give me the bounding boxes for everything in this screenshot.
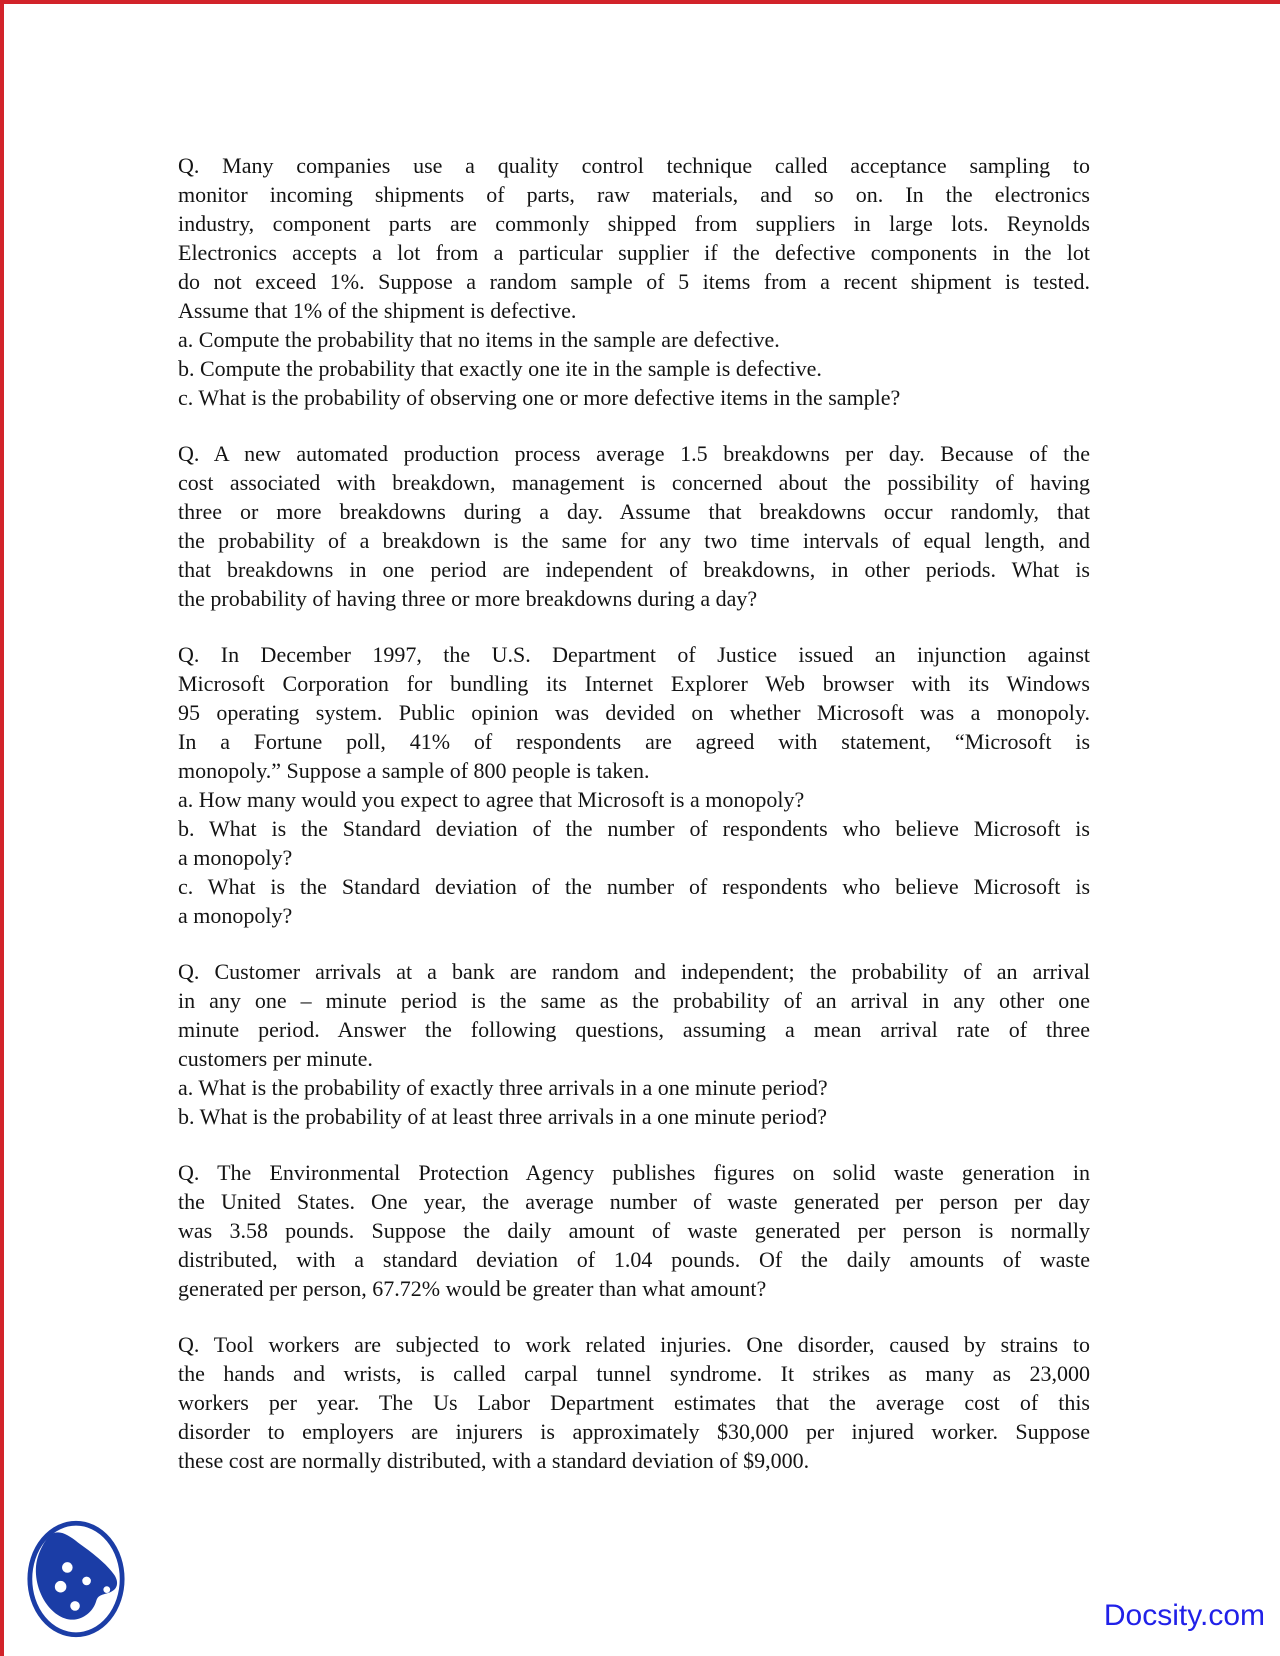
text-line: cost associated with breakdown, manageme… (178, 468, 1090, 497)
question-paragraph: Q. Many companies use a quality control … (178, 151, 1090, 412)
docsity-brand-link[interactable]: Docsity.com (1104, 1598, 1265, 1634)
text-line: that breakdowns in one period are indepe… (178, 555, 1090, 584)
question-paragraph: Q. Customer arrivals at a bank are rando… (178, 957, 1090, 1131)
text-line: industry, component parts are commonly s… (178, 209, 1090, 238)
text-line: a monopoly? (178, 901, 1090, 930)
text-line: the probability of having three or more … (178, 584, 1090, 613)
page-border-top (0, 0, 1280, 4)
text-line: do not exceed 1%. Suppose a random sampl… (178, 267, 1090, 296)
text-line: customers per minute. (178, 1044, 1090, 1073)
text-line: the United States. One year, the average… (178, 1187, 1090, 1216)
text-line: distributed, with a standard deviation o… (178, 1245, 1090, 1274)
text-line: 95 operating system. Public opinion was … (178, 698, 1090, 727)
text-line: Electronics accepts a lot from a particu… (178, 238, 1090, 267)
docsity-brand-text: Docsity.com (1104, 1599, 1265, 1632)
docsity-globe-logo-icon (26, 1518, 126, 1640)
text-line: was 3.58 pounds. Suppose the daily amoun… (178, 1216, 1090, 1245)
page-border-left (0, 0, 4, 1656)
text-line: disorder to employers are injurers is ap… (178, 1417, 1090, 1446)
text-line: b. What is the Standard deviation of the… (178, 814, 1090, 843)
text-line: a monopoly? (178, 843, 1090, 872)
text-line: monopoly.” Suppose a sample of 800 peopl… (178, 756, 1090, 785)
text-line: in any one – minute period is the same a… (178, 986, 1090, 1015)
text-line: Q. A new automated production process av… (178, 439, 1090, 468)
text-line: Q. Customer arrivals at a bank are rando… (178, 957, 1090, 986)
text-line: a. What is the probability of exactly th… (178, 1073, 1090, 1102)
text-line: three or more breakdowns during a day. A… (178, 497, 1090, 526)
text-line: Q. Many companies use a quality control … (178, 151, 1090, 180)
question-paragraph: Q. A new automated production process av… (178, 439, 1090, 613)
text-line: minute period. Answer the following ques… (178, 1015, 1090, 1044)
text-line: b. Compute the probability that exactly … (178, 354, 1090, 383)
text-line: the hands and wrists, is called carpal t… (178, 1359, 1090, 1388)
text-line: the probability of a breakdown is the sa… (178, 526, 1090, 555)
text-line: a. Compute the probability that no items… (178, 325, 1090, 354)
text-line: generated per person, 67.72% would be gr… (178, 1274, 1090, 1303)
text-line: these cost are normally distributed, wit… (178, 1446, 1090, 1475)
text-line: Assume that 1% of the shipment is defect… (178, 296, 1090, 325)
text-line: b. What is the probability of at least t… (178, 1102, 1090, 1131)
document-body: Q. Many companies use a quality control … (178, 151, 1090, 1502)
text-line: workers per year. The Us Labor Departmen… (178, 1388, 1090, 1417)
question-paragraph: Q. Tool workers are subjected to work re… (178, 1330, 1090, 1475)
text-line: c. What is the Standard deviation of the… (178, 872, 1090, 901)
text-line: Microsoft Corporation for bundling its I… (178, 669, 1090, 698)
text-line: a. How many would you expect to agree th… (178, 785, 1090, 814)
text-line: monitor incoming shipments of parts, raw… (178, 180, 1090, 209)
text-line: In a Fortune poll, 41% of respondents ar… (178, 727, 1090, 756)
text-line: Q. Tool workers are subjected to work re… (178, 1330, 1090, 1359)
text-line: Q. The Environmental Protection Agency p… (178, 1158, 1090, 1187)
text-line: c. What is the probability of observing … (178, 383, 1090, 412)
text-line: Q. In December 1997, the U.S. Department… (178, 640, 1090, 669)
question-paragraph: Q. In December 1997, the U.S. Department… (178, 640, 1090, 930)
question-paragraph: Q. The Environmental Protection Agency p… (178, 1158, 1090, 1303)
